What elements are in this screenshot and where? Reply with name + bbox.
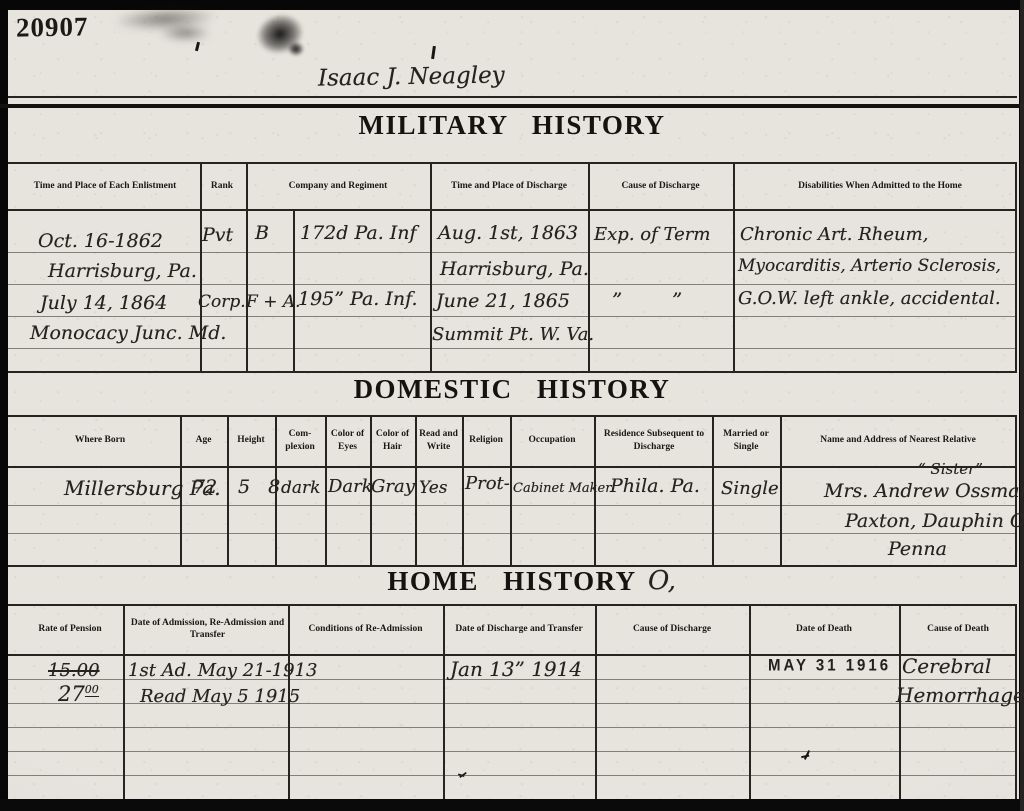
column-header-age: Age <box>180 418 227 463</box>
hw-regiment2: 195” Pa. Inf. <box>298 288 418 310</box>
hw-pension-rate-cents: 00 <box>85 683 99 697</box>
column-header-complexion: Com-plexion <box>277 418 323 463</box>
hw-admission1: 1st Ad. May 21-1913 <box>128 660 317 681</box>
name-signature: Isaac J. Neagley <box>318 62 505 91</box>
ruled-line <box>8 284 1017 285</box>
column-header-rate-pension: Rate of Pension <box>20 607 120 651</box>
column-header-discharge-transfer: Date of Discharge and Transfer <box>454 607 584 651</box>
column-header-color-eyes: Color of Eyes <box>327 418 368 463</box>
column-header-where-born: Where Born <box>30 418 170 463</box>
hw-residence: Phila. Pa. <box>610 475 700 497</box>
ruled-line <box>8 751 1017 752</box>
table-line <box>1015 162 1017 371</box>
table-line <box>749 604 751 800</box>
hw-disability3: G.O.W. left ankle, accidental. <box>738 288 1001 309</box>
death-date-stamp: MAY 31 1916 <box>768 657 891 673</box>
ruled-line <box>8 252 1017 253</box>
table-line <box>443 604 445 800</box>
hw-married-single: Single <box>721 478 779 499</box>
hw-relative-name: Mrs. Andrew Ossman <box>824 480 1024 502</box>
table-line <box>8 415 1017 417</box>
column-header-color-hair: Color of Hair <box>372 418 413 463</box>
column-header-nearest-relative: Name and Address of Nearest Relative <box>784 418 1012 463</box>
hw-age: 72 <box>193 476 217 498</box>
column-header-enlistment: Time and Place of Each Enlistment <box>30 166 180 206</box>
hw-color-eyes: Dark <box>328 476 373 497</box>
photo-edge-right <box>1020 0 1024 811</box>
rule-line <box>8 96 1017 98</box>
ink-smudge <box>150 22 220 44</box>
hw-complexion: dark <box>281 478 320 498</box>
hw-enlist2-date: July 14, 1864 <box>40 292 167 314</box>
ruled-line <box>8 775 1017 776</box>
column-header-disabilities: Disabilities When Admitted to the Home <box>760 166 1000 206</box>
hw-enlist2-place: Monocacy Junc. Md. <box>30 322 226 344</box>
hw-cause-death2: Hemorrhage <box>896 683 1024 707</box>
hw-relative-addr1: Paxton, Dauphin Co. <box>845 510 1024 532</box>
column-header-rank: Rank <box>198 166 246 206</box>
table-line <box>8 604 1017 606</box>
table-line <box>123 604 125 800</box>
column-header-cause-discharge: Cause of Discharge <box>599 607 745 651</box>
hw-discharge2-date: June 21, 1865 <box>436 290 570 312</box>
table-line <box>8 162 1017 164</box>
hw-discharge2-place: Summit Pt. W. Va. <box>432 324 594 345</box>
column-header-cause-discharge: Cause of Discharge <box>592 166 729 206</box>
hw-height: 5 8 <box>238 476 286 498</box>
column-header-occupation: Occupation <box>512 418 592 463</box>
ink-blot <box>288 42 304 56</box>
hw-enlist1-place: Harrisburg, Pa. <box>48 260 197 282</box>
hw-discharge1-place: Harrisburg, Pa. <box>440 258 589 280</box>
column-header-married-single: Married or Single <box>714 418 778 463</box>
hw-admission2: Read May 5 1915 <box>140 686 300 707</box>
ruled-line <box>8 727 1017 728</box>
hw-pension-rate: 2700 <box>58 682 99 706</box>
hw-read-write: Yes <box>419 478 448 498</box>
hw-discharge1-date: Aug. 1st, 1863 <box>438 222 578 244</box>
hw-rank2: Corp. <box>198 292 246 312</box>
column-header-discharge: Time and Place of Discharge <box>434 166 584 206</box>
column-header-company-regiment: Company and Regiment <box>250 166 426 206</box>
hw-discharge-date: Jan 13” 1914 <box>450 657 582 681</box>
hw-cause2-ditto: ” <box>672 288 682 312</box>
hw-disability1: Chronic Art. Rheum, <box>740 224 928 245</box>
hw-rank1: Pvt <box>202 224 233 246</box>
table-line <box>293 209 295 371</box>
record-card-scan: 20907 Isaac J. Neagley MILITARY HISTORY … <box>0 0 1024 811</box>
column-header-religion: Religion <box>464 418 508 463</box>
table-line <box>246 162 248 371</box>
ruled-line <box>8 533 1017 534</box>
photo-edge-bottom <box>0 799 1024 811</box>
table-line <box>733 162 735 371</box>
hw-religion: Prot- <box>465 473 510 494</box>
hw-relative-note: “ Sister” <box>918 460 983 478</box>
rule-line <box>0 104 1024 108</box>
hw-cause1: Exp. of Term <box>594 224 710 245</box>
hw-pension-rate-dollars: 27 <box>58 682 85 706</box>
hw-disability2: Myocarditis, Arterio Sclerosis, <box>738 256 1001 276</box>
table-line <box>780 415 782 565</box>
hw-occupation: Cabinet Maker <box>513 481 611 496</box>
table-line <box>8 209 1017 211</box>
hw-regiment1: 172d Pa. Inf <box>300 222 417 244</box>
hw-enlist1-date: Oct. 16-1862 <box>38 230 163 252</box>
table-line <box>8 371 1017 373</box>
column-header-height: Height <box>227 418 275 463</box>
home-history-title: HOME HISTORY <box>0 568 1024 595</box>
column-header-cause-death: Cause of Death <box>903 607 1013 651</box>
domestic-history-title: DOMESTIC HISTORY <box>0 376 1024 403</box>
hw-company1: B <box>255 222 269 244</box>
column-header-conditions: Conditions of Re-Admission <box>292 607 439 651</box>
column-header-read-write: Read and Write <box>417 418 460 463</box>
military-history-title: MILITARY HISTORY <box>0 112 1024 139</box>
table-line <box>595 604 597 800</box>
ruled-line <box>8 316 1017 317</box>
column-header-admission: Date of Admission, Re-Admission and Tran… <box>130 607 285 651</box>
ruled-line <box>8 505 1017 506</box>
document-number: 20907 <box>16 13 89 41</box>
hw-title-scribble: O, <box>648 566 676 596</box>
hw-cause2-ditto: ” <box>612 288 622 312</box>
hw-cause-death1: Cerebral <box>902 654 991 678</box>
column-header-date-death: Date of Death <box>753 607 895 651</box>
hw-company2: F + A. <box>246 292 301 312</box>
hw-color-hair: Gray <box>371 476 415 497</box>
hw-pension-rate-struck: 15.00 <box>48 660 100 681</box>
column-header-residence: Residence Subsequent to Discharge <box>598 418 710 463</box>
hw-relative-addr2: Penna <box>888 538 947 560</box>
ruled-line <box>8 348 1017 349</box>
table-line <box>8 466 1017 468</box>
